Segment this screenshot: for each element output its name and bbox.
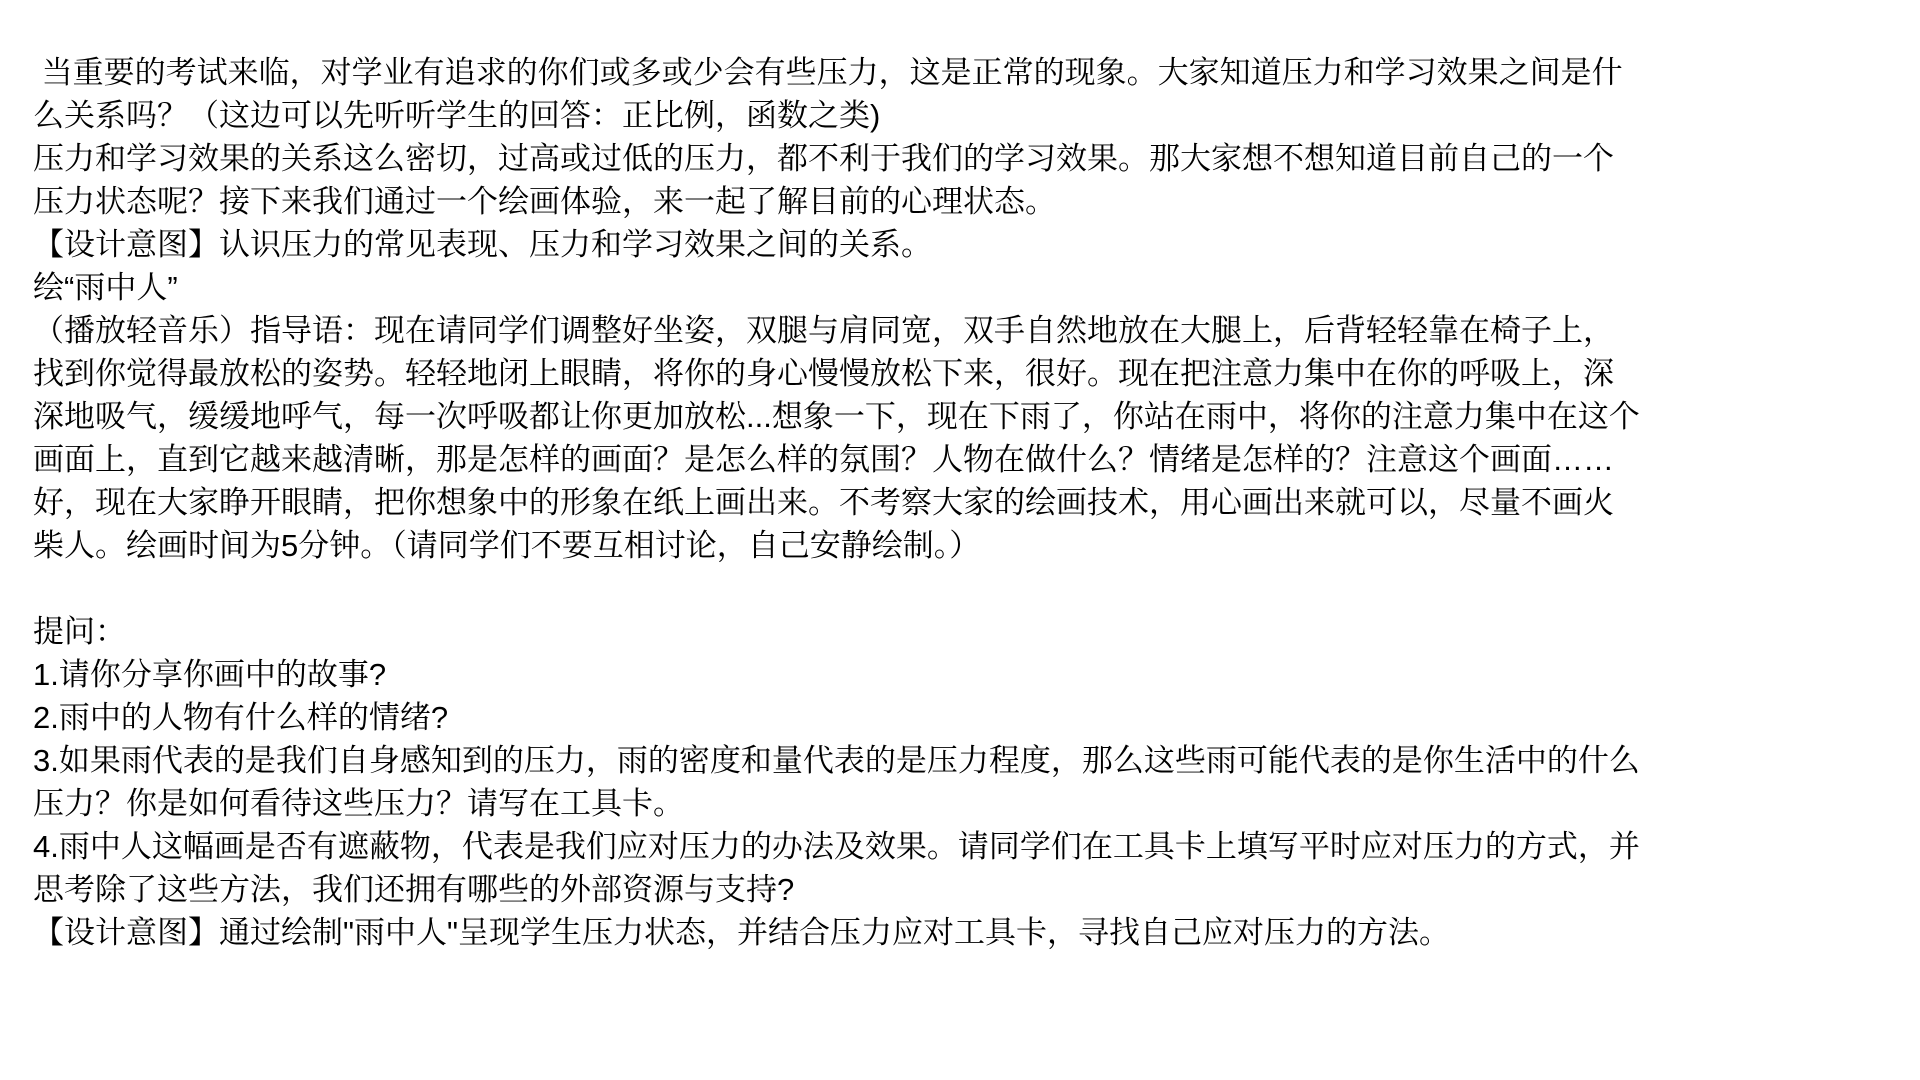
text-line-instruction-5: 好，现在大家睁开眼睛，把你想象中的形象在纸上画出来。不考察大家的绘画技术，用心画… — [33, 481, 1880, 524]
blank-line — [33, 567, 1880, 610]
text-line-instruction-1: （播放轻音乐）指导语：现在请同学们调整好坐姿，双腿与肩同宽，双手自然地放在大腿上… — [33, 309, 1880, 352]
text-line-question-4a: 4.雨中人这幅画是否有遮蔽物，代表是我们应对压力的办法及效果。请同学们在工具卡上… — [33, 825, 1880, 868]
text-line-intro-4: 压力状态呢？接下来我们通过一个绘画体验，来一起了解目前的心理状态。 — [33, 180, 1880, 223]
text-line-design-intent-2: 【设计意图】通过绘制"雨中人"呈现学生压力状态，并结合压力应对工具卡，寻找自己应… — [33, 911, 1880, 954]
text-line-instruction-2: 找到你觉得最放松的姿势。轻轻地闭上眼睛，将你的身心慢慢放松下来，很好。现在把注意… — [33, 352, 1880, 395]
text-line-intro-1: 当重要的考试来临，对学业有追求的你们或多或少会有些压力，这是正常的现象。大家知道… — [33, 51, 1880, 94]
text-line-instruction-6: 柴人。绘画时间为5分钟。（请同学们不要互相讨论，自己安静绘制。） — [33, 524, 1880, 567]
text-line-intro-2: 么关系吗？（这边可以先听听学生的回答：正比例，函数之类) — [33, 94, 1880, 137]
text-line-instruction-4: 画面上，直到它越来越清晰，那是怎样的画面？是怎么样的氛围？人物在做什么？情绪是怎… — [33, 438, 1880, 481]
text-line-questions-heading: 提问： — [33, 610, 1880, 653]
document-page: 当重要的考试来临，对学业有追求的你们或多或少会有些压力，这是正常的现象。大家知道… — [0, 0, 1920, 1080]
text-line-intro-3: 压力和学习效果的关系这么密切，过高或过低的压力，都不利于我们的学习效果。那大家想… — [33, 137, 1880, 180]
text-line-design-intent-1: 【设计意图】认识压力的常见表现、压力和学习效果之间的关系。 — [33, 223, 1880, 266]
text-line-question-3a: 3.如果雨代表的是我们自身感知到的压力，雨的密度和量代表的是压力程度，那么这些雨… — [33, 739, 1880, 782]
text-line-activity-title: 绘“雨中人” — [33, 266, 1880, 309]
text-line-instruction-3: 深地吸气，缓缓地呼气，每一次呼吸都让你更加放松...想象一下，现在下雨了，你站在… — [33, 395, 1880, 438]
text-line-question-4b: 思考除了这些方法，我们还拥有哪些的外部资源与支持? — [33, 868, 1880, 911]
text-line-question-3b: 压力？你是如何看待这些压力？请写在工具卡。 — [33, 782, 1880, 825]
text-line-question-1: 1.请你分享你画中的故事? — [33, 653, 1880, 696]
text-line-question-2: 2.雨中的人物有什么样的情绪? — [33, 696, 1880, 739]
